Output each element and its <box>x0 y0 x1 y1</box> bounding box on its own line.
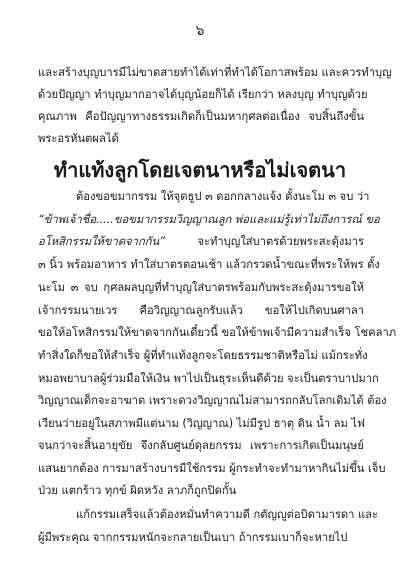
text-line: อโหสิกรรมให้ขาดจากกัน” จะทำบุญใส่บาตรด้ว… <box>38 231 364 253</box>
text-line: ผู้มีพระคุณ จากกรรมหนักจะกลายเป็นเบา ถ้า… <box>38 527 364 549</box>
text-line: เจ้ากรรมนายเวร คือวิญญาณลูกรับแล้ว ขอให้… <box>38 300 364 322</box>
section-heading: ทำแท้งลูกโดยเจตนาหรือไม่เจตนา <box>0 154 400 186</box>
text-line: คุณภาพ คือปัญญาทางธรรมเกิดก็เป็นมหากุศลต… <box>38 106 364 128</box>
text-line: แก้กรรมเสร็จแล้วต้องหมั่นทำความดี กตัญญู… <box>76 504 364 526</box>
text-line: นะโม ๓ จบ กุศลผลบุญที่ทำบุญใส่บาตรพร้อมก… <box>38 277 364 299</box>
text-line: พระอรหันตผลได้ <box>38 128 364 150</box>
text-line: ด้วยปัญญา ทำบุญมากอาจได้บุญน้อยก็ได้ เรี… <box>38 84 364 106</box>
text-line: ขอให้อโหสิกรรมให้ขาดจากกันเดี๋ยวนี้ ขอให… <box>38 322 364 344</box>
text-line: ๓ นิ้ว พร้อมอาหาร ทำใส่บาตรตอนเช้า แล้วก… <box>38 254 364 276</box>
text-line: และสร้างบุญบารมีไม่ขาดสายทำได้เท่าที่ทำไ… <box>38 62 364 84</box>
quoted-text-line: “ข้าพเจ้าชื่อ.....ขอขมากรรมวิญญาณลูก พ่อ… <box>38 209 364 231</box>
text-line: ทำสิ่งใดก็ขอให้สำเร็จ ผู้ที่ทำแท้งลูกจะโ… <box>38 345 364 367</box>
text-line: หมอพยาบาลผู้ร่วมมือให้เงิน พาไปเป็นธุระเ… <box>38 368 364 390</box>
text-line: เวียนว่ายอยู่ในสภาพมีแต่นาม (วิญญาณ) ไม่… <box>38 413 364 435</box>
text-span: จะทำบุญใส่บาตรด้วยพระสะดุ้งมาร <box>165 235 364 248</box>
text-line: ป่วย แตกร้าว ทุกข์ ผิดหวัง ลาภก็ถูกปิดกั… <box>38 480 364 502</box>
text-line: จนกว่าจะสิ้นอายุขัย จึงกลับศูนย์ดุลยกรรม… <box>38 435 364 457</box>
text-line: ต้องขอขมากรรม ให้จุดธูป ๓ ดอกกลางแจ้ง ตั… <box>76 186 364 208</box>
page-number: ๖ <box>0 20 400 42</box>
quoted-text: อโหสิกรรมให้ขาดจากกัน” <box>38 235 165 248</box>
text-line: แสนยากต้อง การมาสร้างบารมีใช้กรรม ผู้กระ… <box>38 458 364 480</box>
text-line: วิญญาณเด็กจะอาฆาต เพราะดวงวิญญาณไม่สามาร… <box>38 390 364 412</box>
